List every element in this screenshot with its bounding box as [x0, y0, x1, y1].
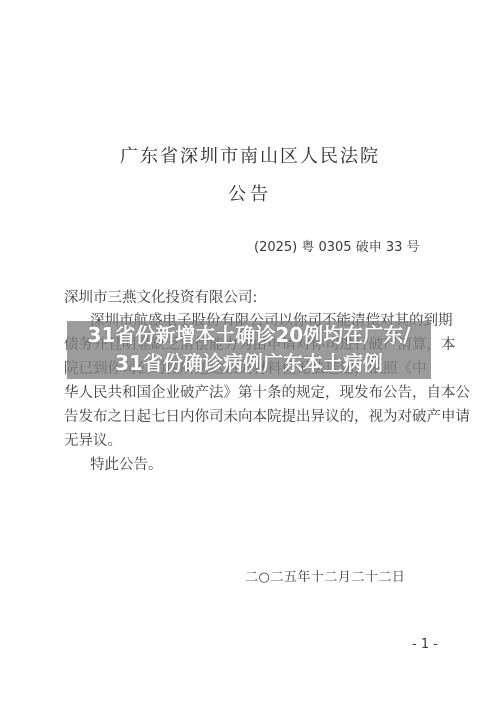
issue-date: 二○二五年十二月二十二日 [245, 566, 405, 585]
headline-line-2: 31省份确诊病例广东本土病例 [67, 350, 431, 376]
addressee-line: 深圳市三燕文化投资有限公司: [64, 286, 438, 310]
paragraph-line: 告发布之日起七日内你司未向本院提出异议的，视为对破产申请 [64, 405, 438, 429]
paragraph-line: 无异议。 [64, 429, 438, 453]
document-title: 公告 [0, 180, 500, 206]
case-number: (2025) 粤 0305 破申 33 号 [254, 236, 420, 255]
court-name-heading: 广东省深圳市南山区人民法院 [0, 142, 500, 168]
paragraph-line: 华人民共和国企业破产法》第十条的规定，现发布公告，自本公 [64, 381, 438, 405]
page-number: - 1 - [412, 637, 438, 652]
headline-line-1: 31省份新增本土确诊20例均在广东/ [67, 322, 431, 348]
document-page: 广东省深圳市南山区人民法院 公告 (2025) 粤 0305 破申 33 号 深… [0, 0, 500, 706]
closing-line: 特此公告。 [90, 453, 464, 477]
